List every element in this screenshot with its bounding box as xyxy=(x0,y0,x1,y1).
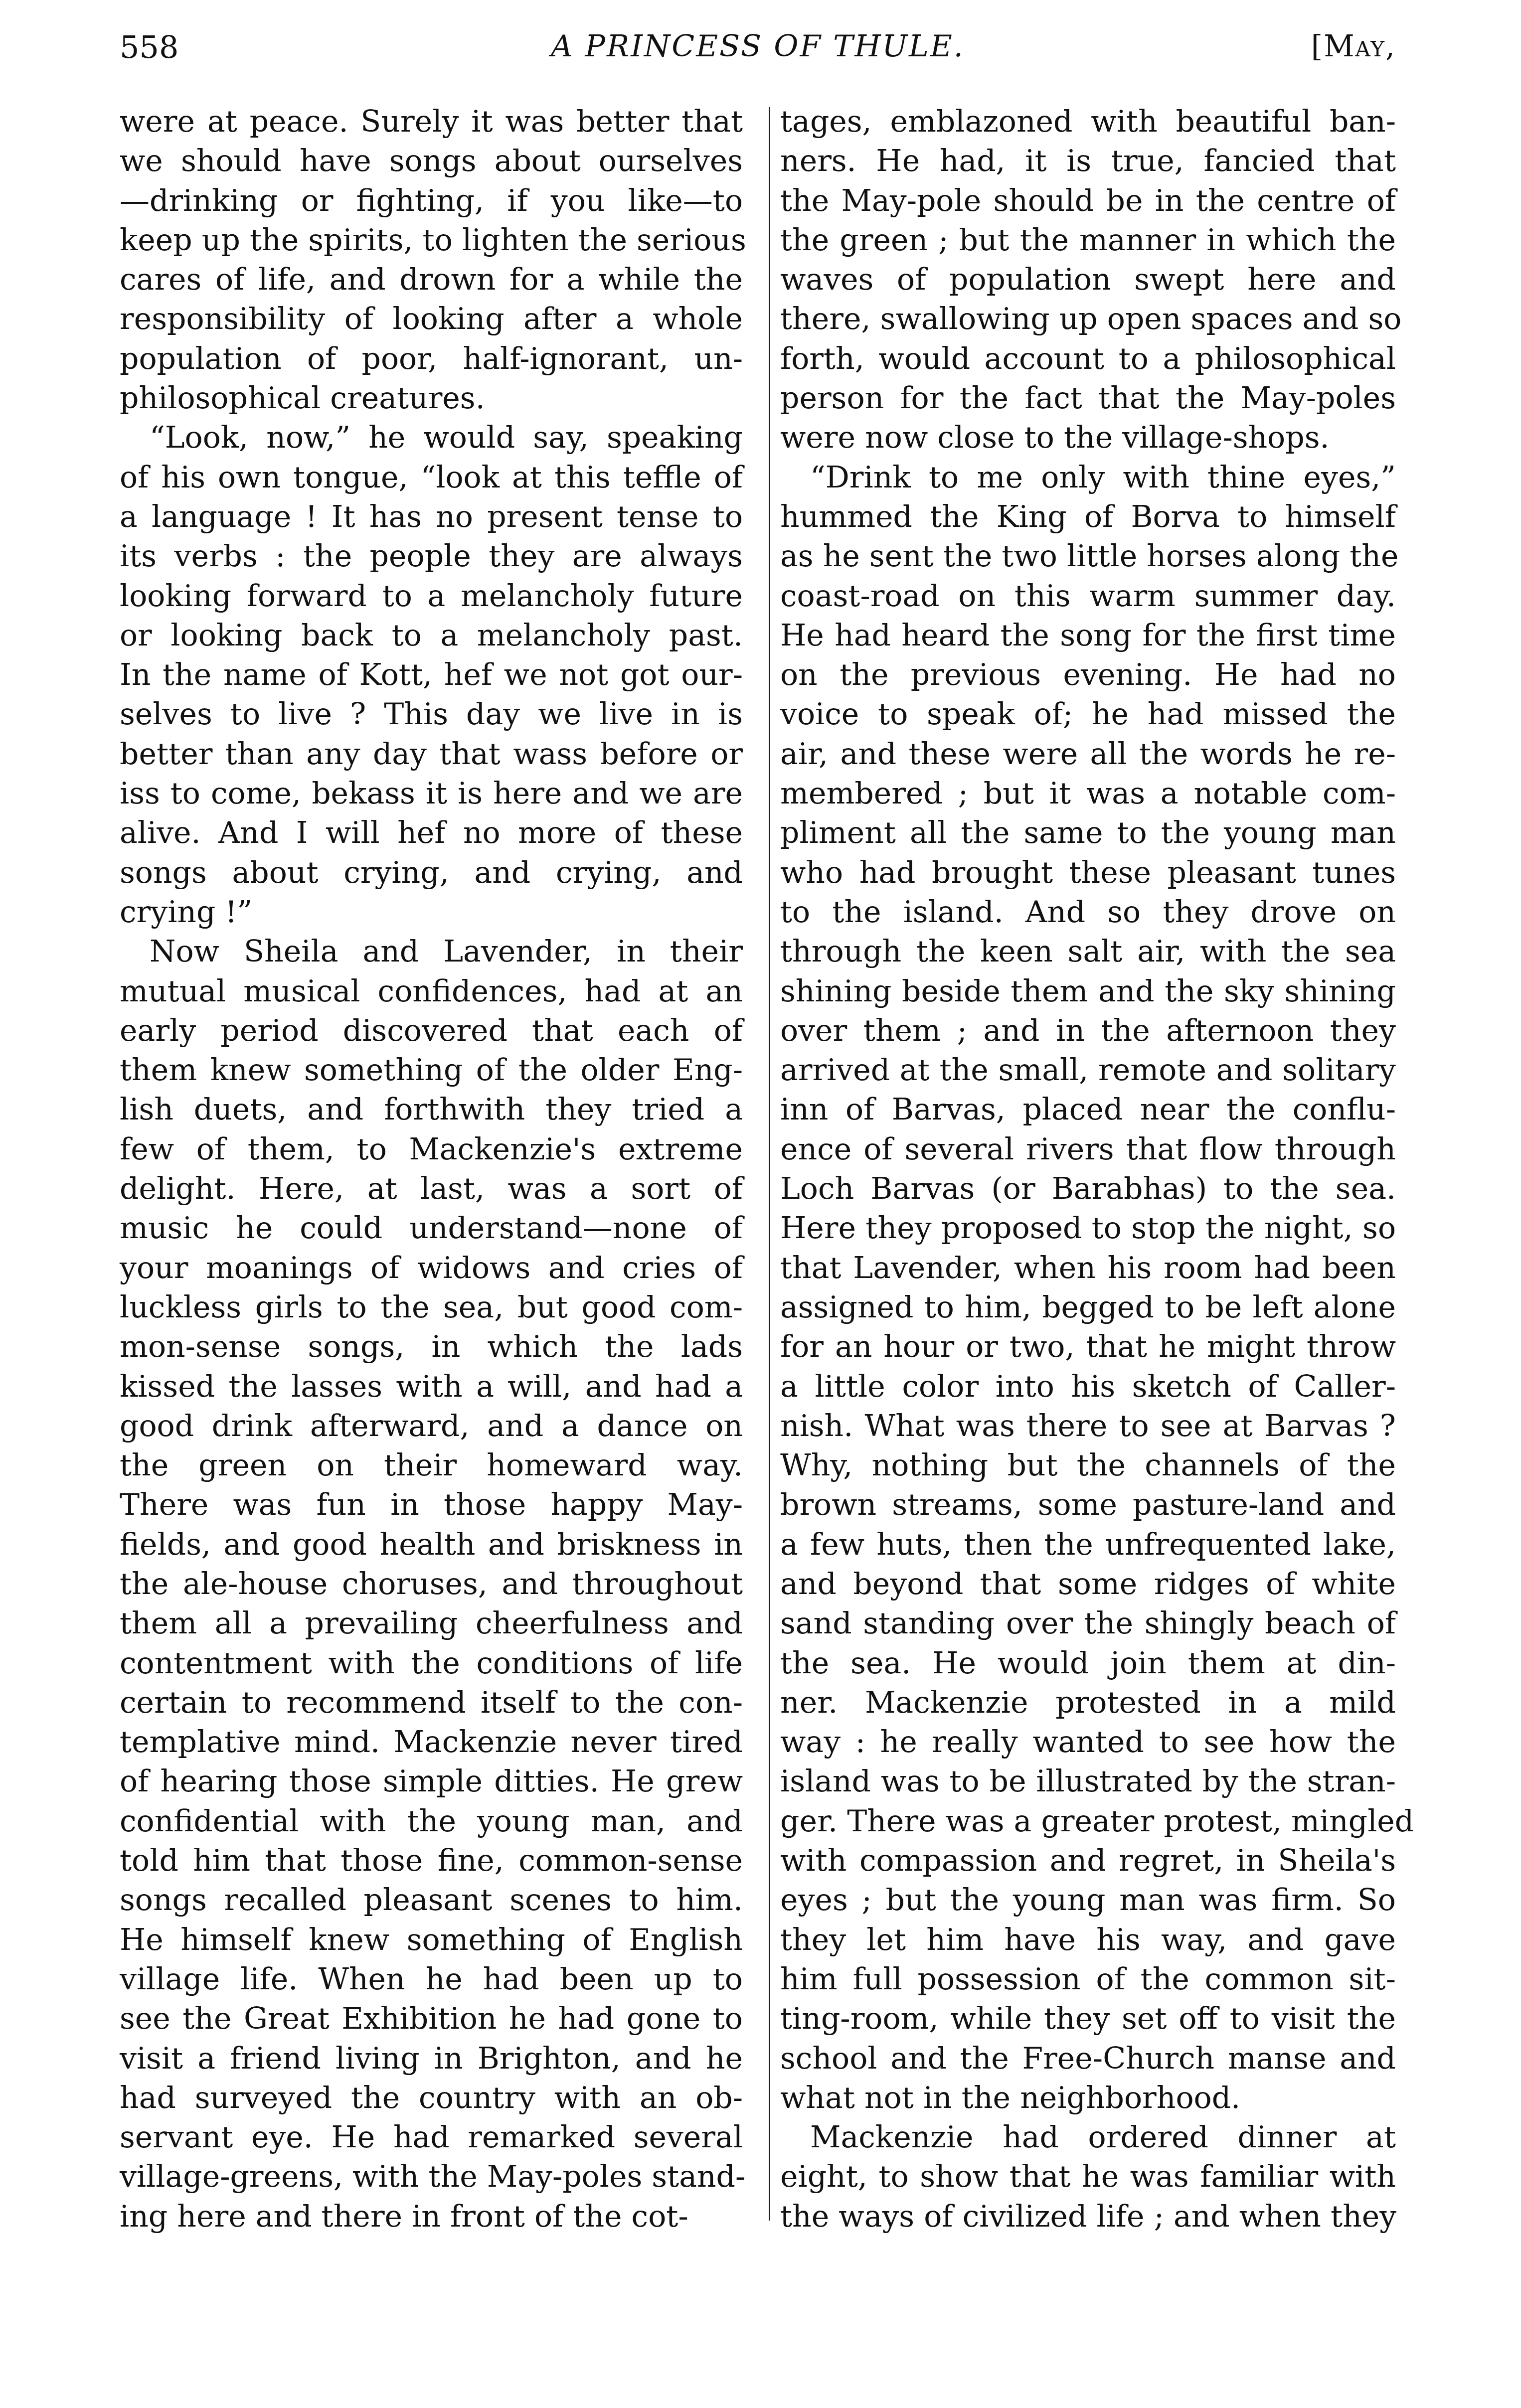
text-line: population of poor, half-ignorant, un- xyxy=(120,339,743,379)
text-line: the green on their homeward way. xyxy=(120,1446,743,1485)
text-line: of his own tongue, “look at this teffle … xyxy=(120,458,743,497)
text-line: luckless girls to the sea, but good com- xyxy=(120,1288,743,1327)
page-header: 558 A PRINCESS OF THULE. [May, xyxy=(120,29,1396,74)
text-line: few of them, to Mackenzie's extreme xyxy=(120,1130,743,1169)
text-line: on the previous evening. He had no xyxy=(780,655,1396,695)
text-line: for an hour or two, that he might throw xyxy=(780,1327,1396,1367)
text-line: responsibility of looking after a whole xyxy=(120,300,743,339)
text-line: lish duets, and forthwith they tried a xyxy=(120,1090,743,1129)
text-line: through the keen salt air, with the sea xyxy=(780,932,1396,971)
text-line: “Drink to me only with thine eyes,” xyxy=(780,458,1396,497)
text-line: nish. What was there to see at Barvas ? xyxy=(780,1407,1396,1446)
text-line: He had heard the song for the first time xyxy=(780,616,1396,655)
text-line: confidential with the young man, and xyxy=(120,1802,743,1841)
text-line: of hearing those simple ditties. He grew xyxy=(120,1762,743,1801)
text-line: There was fun in those happy May- xyxy=(120,1485,743,1525)
text-line: as he sent the two little horses along t… xyxy=(780,537,1396,576)
text-line: music he could understand—none of xyxy=(120,1209,743,1248)
text-line: over them ; and in the afternoon they xyxy=(780,1011,1396,1051)
text-line: assigned to him, begged to be left alone xyxy=(780,1288,1396,1327)
text-line: eight, to show that he was familiar with xyxy=(780,2157,1396,2197)
text-line: and beyond that some ridges of white xyxy=(780,1565,1396,1604)
text-line: were at peace. Surely it was better that xyxy=(120,102,743,142)
text-line: delight. Here, at last, was a sort of xyxy=(120,1169,743,1209)
text-line: templative mind. Mackenzie never tired xyxy=(120,1723,743,1762)
text-line: they let him have his way, and gave xyxy=(780,1921,1396,1960)
text-line: or looking back to a melancholy past. xyxy=(120,616,743,655)
text-line: Why, nothing but the channels of the xyxy=(780,1446,1396,1485)
text-line: ner. Mackenzie protested in a mild xyxy=(780,1683,1396,1723)
text-line: early period discovered that each of xyxy=(120,1011,743,1051)
text-line: In the name of Kott, hef we not got our- xyxy=(120,655,743,695)
right-column: tages, emblazoned with beautiful ban-ner… xyxy=(780,102,1396,2237)
text-line: looking forward to a melancholy future xyxy=(120,577,743,616)
text-line: contentment with the conditions of life xyxy=(120,1644,743,1683)
text-line: the sea. He would join them at din- xyxy=(780,1644,1396,1683)
text-line: the May-pole should be in the centre of xyxy=(780,181,1396,221)
text-line: way : he really wanted to see how the xyxy=(780,1723,1396,1762)
text-line: who had brought these pleasant tunes xyxy=(780,853,1396,893)
text-line: voice to speak of; he had missed the xyxy=(780,695,1396,734)
text-line: crying !” xyxy=(120,893,743,932)
text-line: inn of Barvas, placed near the conflu- xyxy=(780,1090,1396,1129)
text-line: He himself knew something of English xyxy=(120,1921,743,1960)
text-line: kissed the lasses with a will, and had a xyxy=(120,1367,743,1407)
text-line: what not in the neighborhood. xyxy=(780,2079,1396,2118)
text-line: we should have songs about ourselves xyxy=(120,142,743,181)
text-line: told him that those fine, common-sense xyxy=(120,1841,743,1881)
text-line: ence of several rivers that flow through xyxy=(780,1130,1396,1169)
text-line: visit a friend living in Brighton, and h… xyxy=(120,2039,743,2079)
text-line: that Lavender, when his room had been xyxy=(780,1249,1396,1288)
text-line: school and the Free-Church manse and xyxy=(780,2039,1396,2079)
text-line: a few huts, then the unfrequented lake, xyxy=(780,1525,1396,1565)
text-line: servant eye. He had remarked several xyxy=(120,2118,743,2157)
text-line: village-greens, with the May-poles stand… xyxy=(120,2157,743,2197)
left-column: were at peace. Surely it was better that… xyxy=(120,102,743,2237)
text-line: good drink afterward, and a dance on xyxy=(120,1407,743,1446)
text-line: shining beside them and the sky shining xyxy=(780,972,1396,1011)
text-line: tages, emblazoned with beautiful ban- xyxy=(780,102,1396,142)
text-line: brown streams, some pasture-land and xyxy=(780,1485,1396,1525)
running-title: A PRINCESS OF THULE. xyxy=(120,29,1396,64)
text-line: them all a prevailing cheerfulness and xyxy=(120,1604,743,1643)
text-line: cares of life, and drown for a while the xyxy=(120,260,743,300)
text-line: there, swallowing up open spaces and so xyxy=(780,300,1396,339)
text-line: ting-room, while they set off to visit t… xyxy=(780,1999,1396,2039)
text-line: your moanings of widows and cries of xyxy=(120,1249,743,1288)
text-line: see the Great Exhibition he had gone to xyxy=(120,1999,743,2039)
text-line: philosophical creatures. xyxy=(120,379,743,418)
text-line: ing here and there in front of the cot- xyxy=(120,2197,743,2237)
text-line: Now Sheila and Lavender, in their xyxy=(120,932,743,971)
text-line: Here they proposed to stop the night, so xyxy=(780,1209,1396,1248)
text-line: songs about crying, and crying, and xyxy=(120,853,743,893)
text-line: Loch Barvas (or Barabhas) to the sea. xyxy=(780,1169,1396,1209)
text-line: coast-road on this warm summer day. xyxy=(780,577,1396,616)
text-line: island was to be illustrated by the stra… xyxy=(780,1762,1396,1801)
text-line: a language ! It has no present tense to xyxy=(120,497,743,537)
text-line: “Look, now,” he would say, speaking xyxy=(120,418,743,458)
text-line: the green ; but the manner in which the xyxy=(780,221,1396,260)
text-line: membered ; but it was a notable com- xyxy=(780,774,1396,813)
text-line: arrived at the small, remote and solitar… xyxy=(780,1051,1396,1090)
text-line: with compassion and regret, in Sheila's xyxy=(780,1841,1396,1881)
text-line: them knew something of the older Eng- xyxy=(120,1051,743,1090)
text-line: keep up the spirits, to lighten the seri… xyxy=(120,221,743,260)
text-line: village life. When he had been up to xyxy=(120,1960,743,1999)
text-line: iss to come, bekass it is here and we ar… xyxy=(120,774,743,813)
text-line: mon-sense songs, in which the lads xyxy=(120,1327,743,1367)
text-line: forth, would account to a philosophical xyxy=(780,339,1396,379)
column-divider xyxy=(769,107,770,2221)
text-line: were now close to the village-shops. xyxy=(780,418,1396,458)
text-line: air, and these were all the words he re- xyxy=(780,735,1396,774)
text-line: selves to live ? This day we live in is xyxy=(120,695,743,734)
text-line: hummed the King of Borva to himself xyxy=(780,497,1396,537)
text-line: better than any day that wass before or xyxy=(120,735,743,774)
text-line: mutual musical confidences, had at an xyxy=(120,972,743,1011)
text-line: a little color into his sketch of Caller… xyxy=(780,1367,1396,1407)
text-line: fields, and good health and briskness in xyxy=(120,1525,743,1565)
text-line: sand standing over the shingly beach of xyxy=(780,1604,1396,1643)
text-line: the ale-house choruses, and throughout xyxy=(120,1565,743,1604)
text-line: pliment all the same to the young man xyxy=(780,813,1396,853)
text-line: waves of population swept here and xyxy=(780,260,1396,300)
text-line: its verbs : the people they are always xyxy=(120,537,743,576)
text-line: person for the fact that the May-poles xyxy=(780,379,1396,418)
text-line: Mackenzie had ordered dinner at xyxy=(780,2118,1396,2157)
month-label: [May, xyxy=(1311,29,1396,64)
text-line: him full possession of the common sit- xyxy=(780,1960,1396,1999)
text-line: had surveyed the country with an ob- xyxy=(120,2079,743,2118)
text-line: ners. He had, it is true, fancied that xyxy=(780,142,1396,181)
text-line: —drinking or fighting, if you like—to xyxy=(120,181,743,221)
text-line: alive. And I will hef no more of these xyxy=(120,813,743,853)
text-line: ger. There was a greater protest, mingle… xyxy=(780,1802,1396,1841)
text-line: eyes ; but the young man was firm. So xyxy=(780,1881,1396,1920)
text-line: to the island. And so they drove on xyxy=(780,893,1396,932)
text-line: songs recalled pleasant scenes to him. xyxy=(120,1881,743,1920)
text-line: the ways of civilized life ; and when th… xyxy=(780,2197,1396,2237)
text-line: certain to recommend itself to the con- xyxy=(120,1683,743,1723)
